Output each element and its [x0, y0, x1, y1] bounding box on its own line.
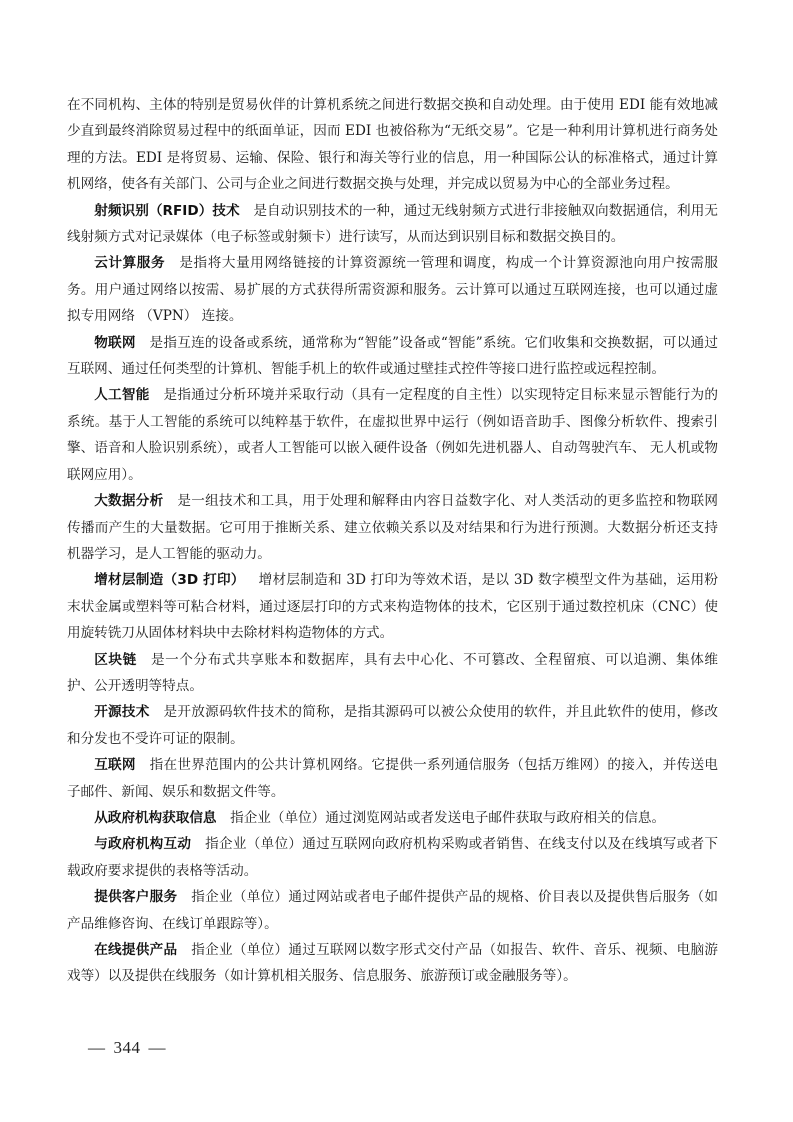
entry-blockchain: 区块链是一个分布式共享账本和数据库，具有去中心化、不可篡改、全程留痕、可以追溯、… [67, 647, 718, 700]
term-blockchain: 区块链 [94, 652, 137, 668]
page-number: 344 [114, 1038, 141, 1057]
dash-left: — [88, 1038, 106, 1058]
entry-customer-service: 提供客户服务指企业（单位）通过网站或者电子邮件提供产品的规格、价目表以及提供售后… [67, 884, 718, 937]
entry-internet: 互联网指在世界范围内的公共计算机网络。它提供一系列通信服务（包括万维网）的接入，… [67, 752, 718, 805]
term-internet: 互联网 [94, 757, 136, 773]
term-ai: 人工智能 [94, 387, 149, 403]
document-page: 在不同机构、主体的特别是贸易伙伴的计算机系统之间进行数据交换和自动处理。由于使用… [67, 92, 718, 990]
entry-iot: 物联网是指互连的设备或系统，通常称为“智能”设备或“智能”系统。它们收集和交换数… [67, 330, 718, 383]
definition-open-source: 是开放源码软件技术的简称，是指其源码可以被公众使用的软件，并且此软件的使用，修改… [67, 704, 718, 746]
term-3d-printing: 增材层制造（3D 打印） [94, 572, 245, 588]
definition-blockchain: 是一个分布式共享账本和数据库，具有去中心化、不可篡改、全程留痕、可以追溯、集体维… [67, 652, 718, 694]
definition-gov-info: 指企业（单位）通过浏览网站或者发送电子邮件获取与政府相关的信息。 [230, 810, 665, 826]
page-number-footer: —344— [88, 1038, 166, 1058]
entry-3d-printing: 增材层制造（3D 打印）增材层制造和 3D 打印为等效术语，是以 3D 数字模型… [67, 567, 718, 646]
dash-right: — [149, 1038, 167, 1058]
definition-internet: 指在世界范围内的公共计算机网络。它提供一系列通信服务（包括万维网）的接入，并传送… [67, 757, 718, 799]
entry-ai: 人工智能是指通过分析环境并采取行动（具有一定程度的自主性）以实现特定目标来显示智… [67, 382, 718, 488]
term-rfid: 射频识别（RFID）技术 [94, 203, 240, 219]
term-iot: 物联网 [94, 335, 136, 351]
term-open-source: 开源技术 [94, 704, 149, 720]
term-big-data: 大数据分析 [94, 493, 163, 509]
term-customer-service: 提供客户服务 [94, 889, 177, 905]
definition-ai: 是指通过分析环境并采取行动（具有一定程度的自主性）以实现特定目标来显示智能行为的… [67, 387, 718, 482]
term-online-products: 在线提供产品 [94, 942, 177, 958]
term-cloud-computing: 云计算服务 [94, 255, 165, 271]
entry-online-products: 在线提供产品指企业（单位）通过互联网以数字形式交付产品（如报告、软件、音乐、视频… [67, 937, 718, 990]
intro-paragraph: 在不同机构、主体的特别是贸易伙伴的计算机系统之间进行数据交换和自动处理。由于使用… [67, 92, 718, 198]
definition-big-data: 是一组技术和工具，用于处理和解释由内容日益数字化、对人类活动的更多监控和物联网传… [67, 493, 718, 562]
entry-open-source: 开源技术是开放源码软件技术的简称，是指其源码可以被公众使用的软件，并且此软件的使… [67, 699, 718, 752]
definition-iot: 是指互连的设备或系统，通常称为“智能”设备或“智能”系统。它们收集和交换数据，可… [67, 335, 718, 377]
entry-rfid: 射频识别（RFID）技术是自动识别技术的一种，通过无线射频方式进行非接触双向数据… [67, 198, 718, 251]
term-gov-info: 从政府机构获取信息 [94, 810, 216, 826]
entry-gov-info: 从政府机构获取信息指企业（单位）通过浏览网站或者发送电子邮件获取与政府相关的信息… [67, 805, 718, 831]
entry-big-data: 大数据分析是一组技术和工具，用于处理和解释由内容日益数字化、对人类活动的更多监控… [67, 488, 718, 567]
entry-gov-interaction: 与政府机构互动指企业（单位）通过互联网向政府机构采购或者销售、在线支付以及在线填… [67, 831, 718, 884]
term-gov-interaction: 与政府机构互动 [94, 836, 191, 852]
entry-cloud-computing: 云计算服务是指将大量用网络链接的计算资源统一管理和调度，构成一个计算资源池向用户… [67, 250, 718, 329]
